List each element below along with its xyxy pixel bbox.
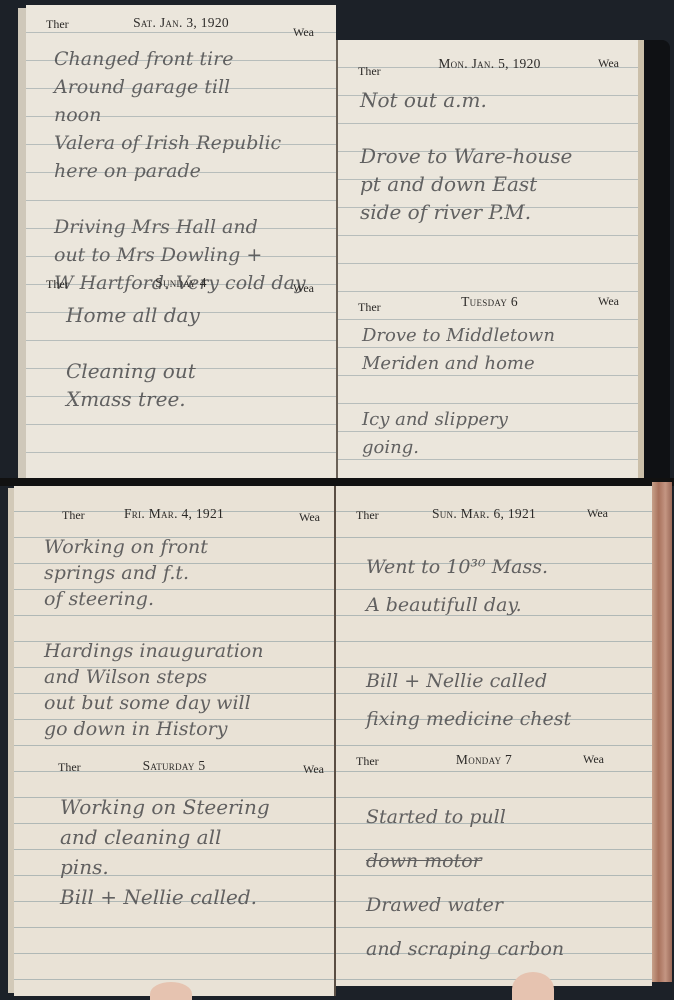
entry-date: Tuesday 6 — [338, 294, 641, 310]
left-thumb — [150, 982, 192, 1000]
entry-date: Monday 7 — [336, 752, 652, 768]
diary-1920-right-page: Ther Mon. Jan. 5, 1920 Wea Not out a.m. … — [338, 40, 641, 480]
entry-date: Saturday 5 — [14, 758, 334, 774]
diary-1921-fore-edge — [652, 482, 672, 982]
wea-label: Wea — [299, 510, 320, 525]
entry-header: Ther Monday 7 Wea — [336, 750, 652, 772]
diary-1921-right-page: Ther Sun. Mar. 6, 1921 Wea Went to 10³⁰ … — [336, 486, 652, 986]
handwritten-entry: Went to 10³⁰ Mass. A beautifull day. Bil… — [366, 548, 638, 738]
handwritten-entry: Changed front tire Around garage till no… — [54, 45, 322, 297]
wea-label: Wea — [293, 25, 314, 40]
handwritten-entry: Drove to Middletown Meriden and home Icy… — [362, 322, 627, 462]
handwritten-entry: Started to pull down motor Drawed water … — [366, 784, 638, 982]
entry-header: Ther Mon. Jan. 5, 1920 Wea — [338, 54, 641, 76]
entry-header: Ther Fri. Mar. 4, 1921 Wea — [14, 504, 334, 526]
wea-label: Wea — [303, 762, 324, 777]
handwritten-entry: Working on Steering and cleaning all pin… — [60, 792, 320, 912]
struck-out-line: down motor — [366, 850, 638, 872]
entry-date: Sat. Jan. 3, 1920 — [26, 15, 336, 31]
entry-date: Fri. Mar. 4, 1921 — [14, 506, 334, 522]
right-thumb — [512, 972, 554, 1000]
diary-1920-left-page: Ther Sat. Jan. 3, 1920 Wea Changed front… — [26, 5, 336, 480]
wea-label: Wea — [598, 294, 619, 309]
entry-header: Ther Tuesday 6 Wea — [338, 292, 641, 314]
entry-date: Sunday 4 — [26, 275, 336, 291]
handwritten-entry: Home all day Cleaning out Xmass tree. — [66, 301, 322, 413]
wea-label: Wea — [293, 281, 314, 296]
wea-label: Wea — [583, 752, 604, 767]
handwritten-line: Started to pull — [366, 806, 638, 828]
wea-label: Wea — [598, 56, 619, 71]
handwritten-line: Drawed water and scraping carbon — [366, 894, 638, 960]
handwritten-entry: Not out a.m. Drove to Ware-house pt and … — [360, 86, 627, 226]
diary-1921-left-page: Ther Fri. Mar. 4, 1921 Wea Working on fr… — [14, 486, 334, 996]
books-divider-shadow — [0, 478, 674, 486]
entry-header: Ther Sunday 4 Wea — [26, 273, 336, 295]
entry-date: Mon. Jan. 5, 1920 — [338, 56, 641, 72]
diary-1920-fore-edge — [638, 40, 644, 480]
handwritten-entry: Working on front springs and f.t. of ste… — [44, 534, 320, 742]
entry-header: Ther Sun. Mar. 6, 1921 Wea — [336, 504, 652, 526]
wea-label: Wea — [587, 506, 608, 521]
entry-header: Ther Sat. Jan. 3, 1920 Wea — [26, 13, 336, 35]
entry-header: Ther Saturday 5 Wea — [14, 756, 334, 778]
